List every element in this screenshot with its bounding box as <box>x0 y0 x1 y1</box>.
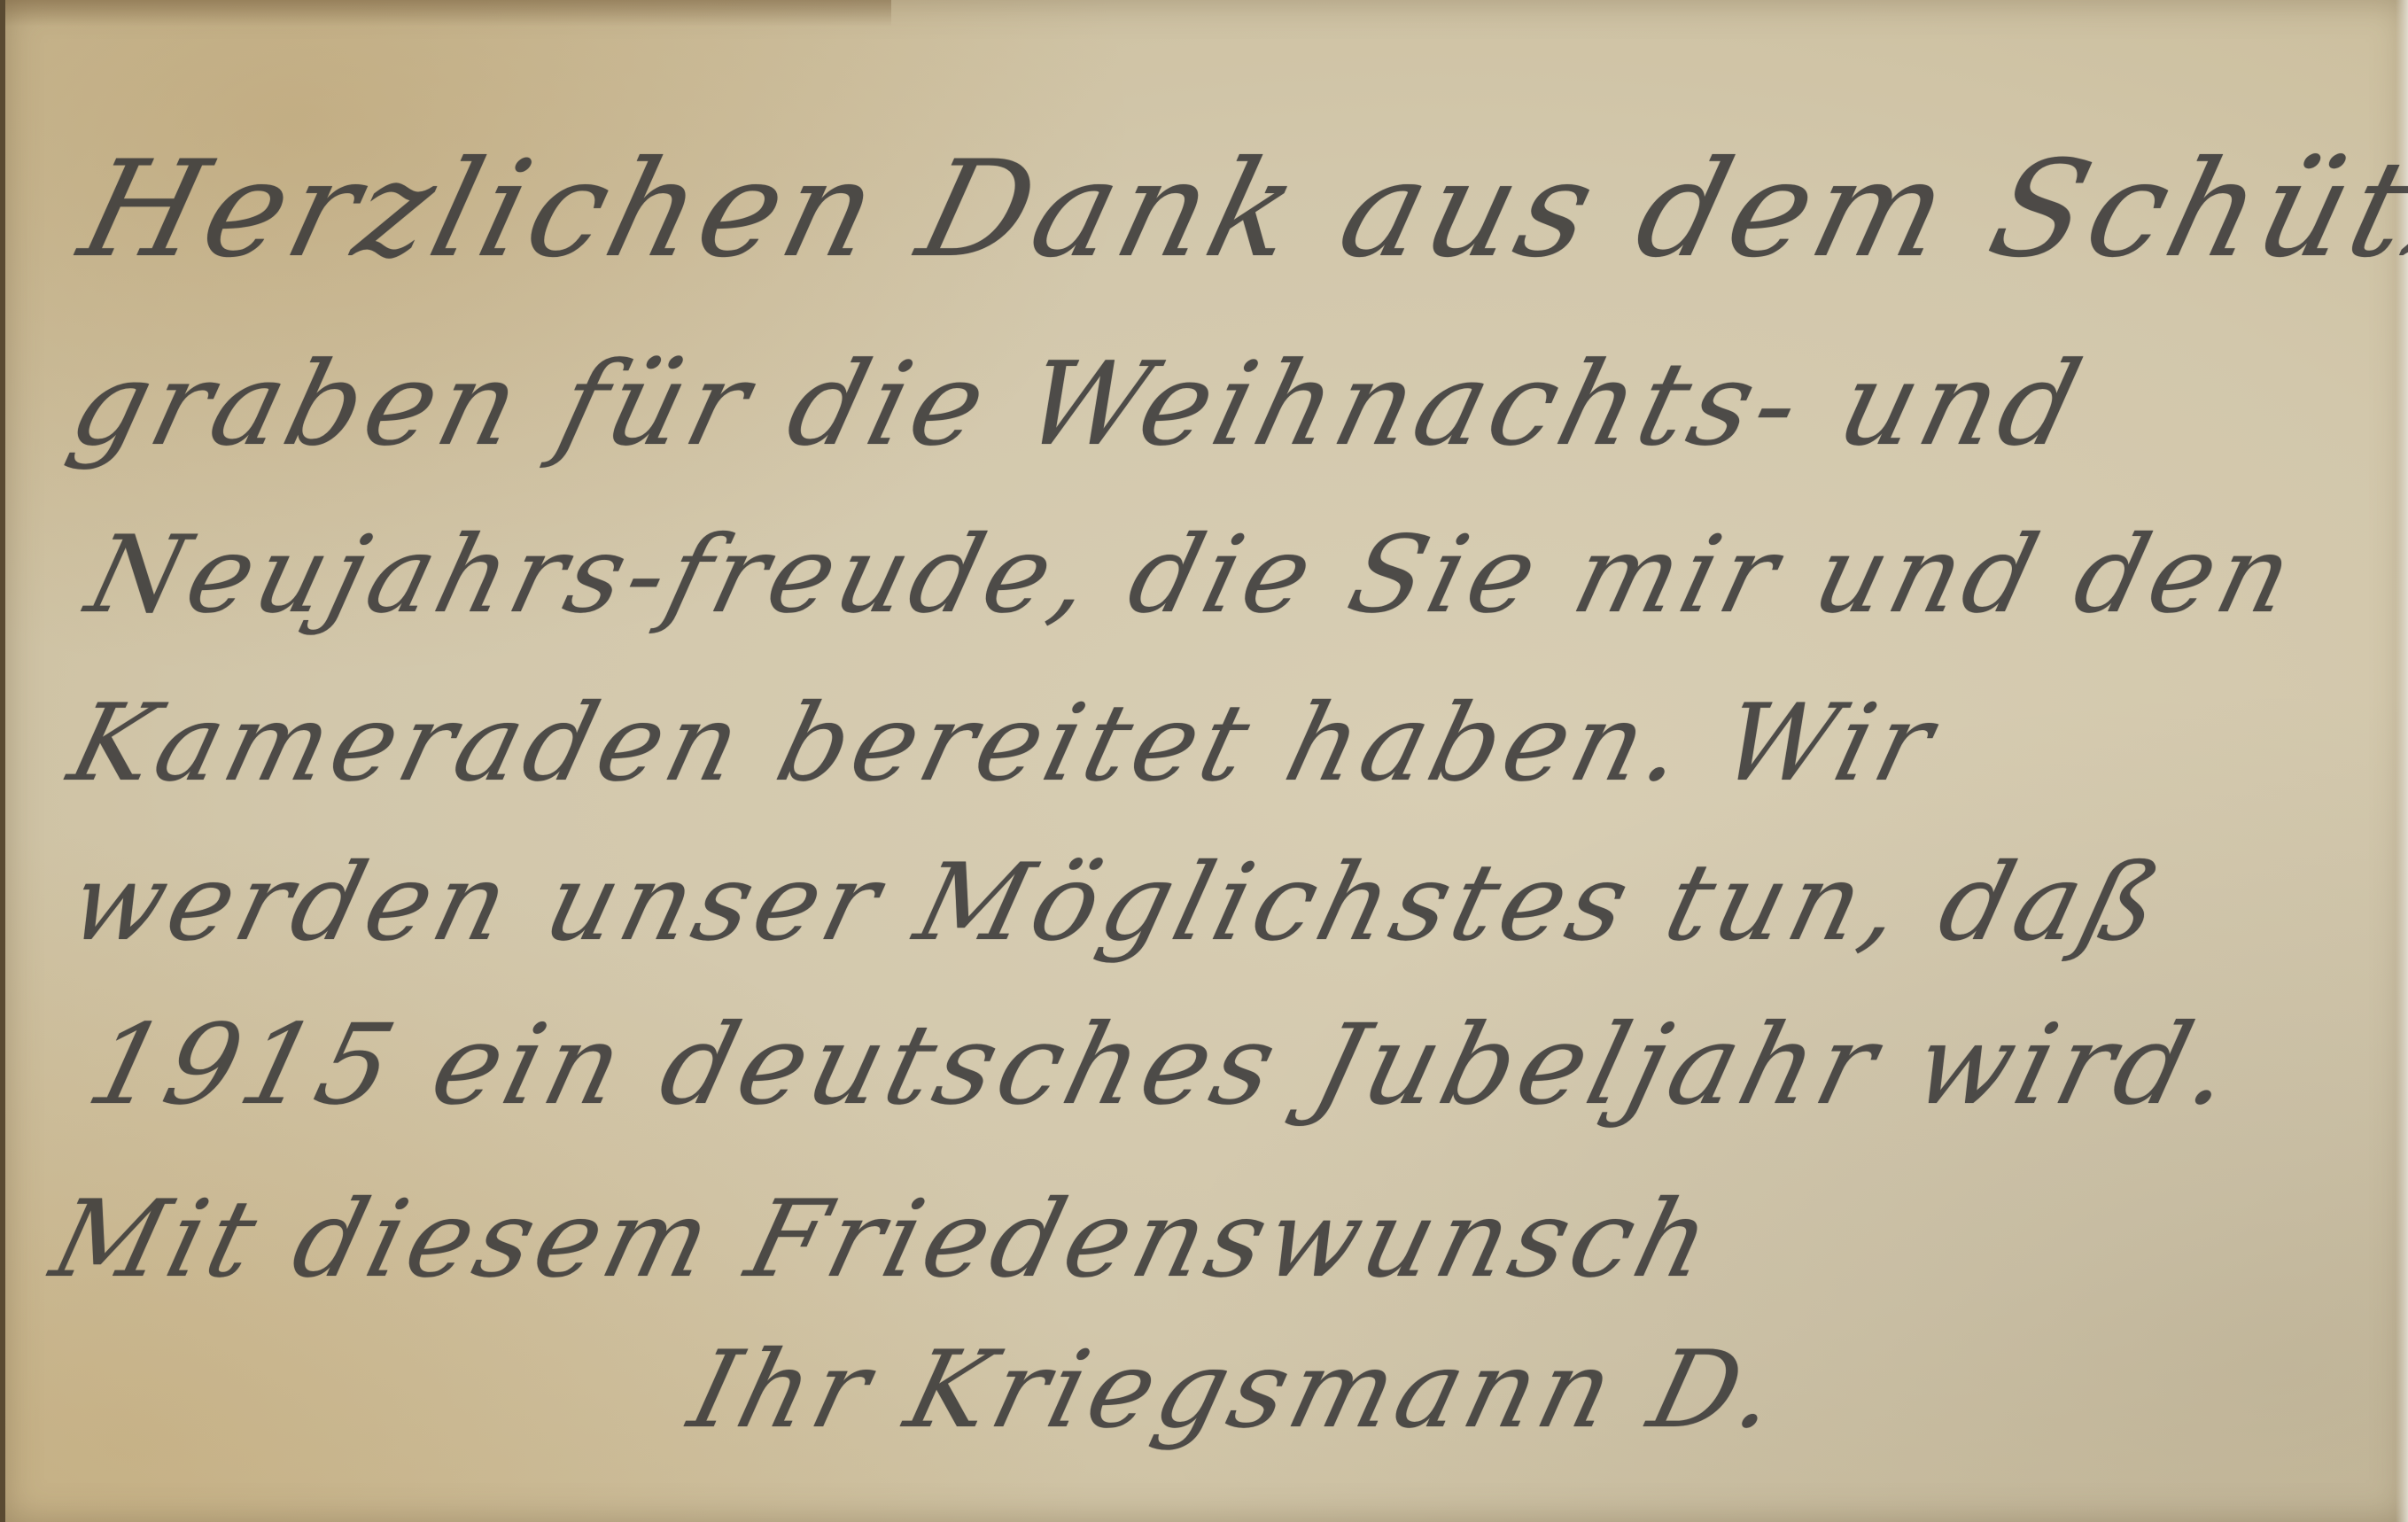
text-line-2: graben für die Weihnachts- und <box>58 337 2098 471</box>
text-line-4: Kameraden bereitet haben. Wir <box>58 682 1949 805</box>
signature: Ihr Kriegsmann D. <box>679 1329 1795 1452</box>
text-line-6: 1915 ein deutsches Jubeljahr wird. <box>76 1001 2250 1130</box>
text-line-5: werden unser Möglichstes tun, daß <box>58 842 2177 965</box>
closing-line: Mit diesem Friedenswunsch <box>41 1178 1727 1301</box>
text-line-3: Neujahrs-freude, die Sie mir und den <box>76 514 2309 637</box>
postcard: Herzlichen Dank aus dem Schützen- graben… <box>0 0 2408 1522</box>
age-stain <box>5 0 891 27</box>
text-line-1: Herzlichen Dank aus dem Schützen- <box>67 133 2408 287</box>
